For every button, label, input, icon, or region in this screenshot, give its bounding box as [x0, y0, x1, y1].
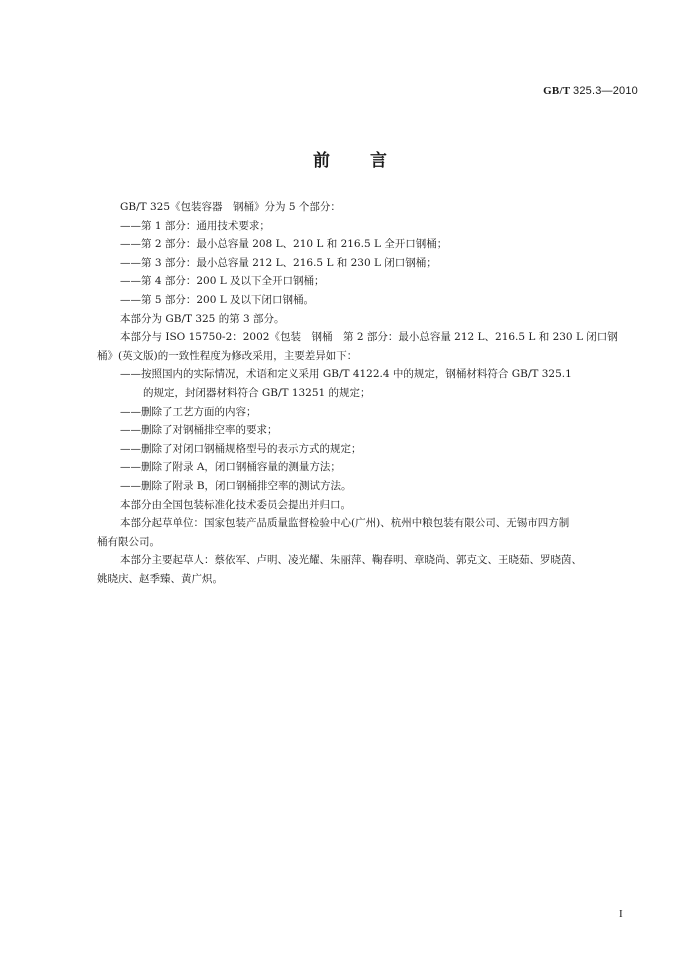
- page-title: 前言: [0, 146, 700, 171]
- paragraph-continuation: 姚晓庆、赵季臻、黄广炽。: [97, 570, 637, 589]
- paragraph: 本部分与 ISO 15750-2：2002《包装 钢桶 第 2 部分：最小总容量…: [97, 328, 637, 347]
- list-item: ——第 2 部分：最小总容量 208 L、210 L 和 216.5 L 全开口…: [97, 235, 637, 254]
- paragraph: 本部分为 GB/T 325 的第 3 部分。: [97, 310, 637, 329]
- list-item: ——第 4 部分：200 L 及以下全开口钢桶；: [97, 272, 637, 291]
- list-item: ——删除了附录 A，闭口钢桶容量的测量方法；: [97, 458, 637, 477]
- list-item: ——第 3 部分：最小总容量 212 L、216.5 L 和 230 L 闭口钢…: [97, 254, 637, 273]
- paragraph: 本部分起草单位：国家包装产品质量监督检验中心(广州)、杭州中粮包装有限公司、无锡…: [97, 514, 637, 533]
- list-item: ——删除了附录 B，闭口钢桶排空率的测试方法。: [97, 477, 637, 496]
- paragraph-continuation: 桶有限公司。: [97, 533, 637, 552]
- list-item: ——删除了对闭口钢桶规格型号的表示方式的规定；: [97, 440, 637, 459]
- list-item: ——删除了对钢桶排空率的要求；: [97, 421, 637, 440]
- list-item: ——第 1 部分：通用技术要求；: [97, 217, 637, 236]
- list-item: ——删除了工艺方面的内容；: [97, 403, 637, 422]
- foreword-body: GB/T 325《包装容器 钢桶》分为 5 个部分： ——第 1 部分：通用技术…: [97, 198, 637, 588]
- list-item-continuation: 的规定，封闭器材料符合 GB/T 13251 的规定；: [97, 384, 637, 403]
- paragraph: GB/T 325《包装容器 钢桶》分为 5 个部分：: [97, 198, 637, 217]
- list-item: ——按照国内的实际情况，术语和定义采用 GB/T 4122.4 中的规定，钢桶材…: [97, 365, 637, 384]
- paragraph-continuation: 桶》(英文版)的一致性程度为修改采用，主要差异如下：: [97, 347, 637, 366]
- page-number: I: [619, 908, 623, 920]
- standard-number: 325.3—2010: [573, 85, 638, 97]
- list-item: ——第 5 部分：200 L 及以下闭口钢桶。: [97, 291, 637, 310]
- paragraph: 本部分由全国包装标准化技术委员会提出并归口。: [97, 496, 637, 515]
- standard-code: GB/T 325.3—2010: [543, 85, 638, 97]
- paragraph: 本部分主要起草人：蔡依军、卢明、凌光耀、朱丽萍、鞠春明、章晓尚、郭克文、王晓茹、…: [97, 551, 637, 570]
- standard-prefix: GB/T: [543, 85, 570, 97]
